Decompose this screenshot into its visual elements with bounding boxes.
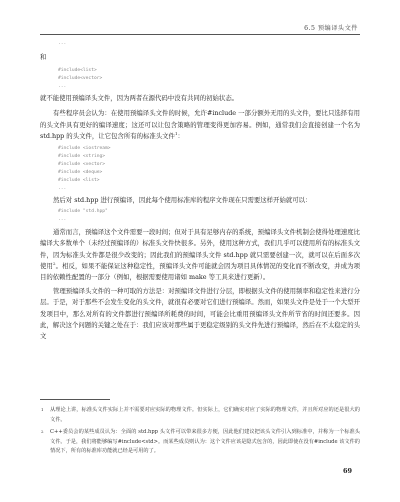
paragraph: 就不能使用预编译头文件，因为两者在源代码中没有共同的初始状态。 xyxy=(40,93,360,104)
code-line: #include <iostream> xyxy=(58,145,360,153)
footnote-number: 1 xyxy=(41,405,44,415)
code-block-std-include: #include "std.hpp" ... xyxy=(40,208,360,224)
paragraph-text: 有些程序员会认为：在使用预编译头文件的时候，允许#include 一部分额外无用… xyxy=(40,109,360,139)
code-line: #include "std.hpp" xyxy=(58,208,360,216)
footnote-number: 2 xyxy=(41,427,44,437)
running-header: 6.5 预编译头文件 xyxy=(40,22,360,35)
code-block-std-headers: #include <iostream> #include <string> #i… xyxy=(40,145,360,193)
paragraph: 然后对 std.hpp 进行预编译，因此每个使用标准库的程序文件现在只需要这样开… xyxy=(40,195,360,206)
code-line: ... xyxy=(58,216,360,224)
code-block-ellipsis: ... xyxy=(40,40,360,48)
footnote-divider xyxy=(40,399,110,400)
code-line: #include <deque> xyxy=(58,169,360,177)
code-line: #include<vector> xyxy=(58,75,360,83)
footnote: 2 C++委员会的某些成员认为：全面的 std.hpp 头文件可以带来很多方便，… xyxy=(40,428,360,457)
code-line: ... xyxy=(58,185,360,193)
paragraph: 通常而言，预编译这个文件需要一段时间；但对于具有足够内存的系统，预编译头文件机制… xyxy=(40,227,360,283)
page-body: ... 和 #include<list> #include<vector> ..… xyxy=(40,38,360,342)
code-line: #include <string> xyxy=(58,153,360,161)
paragraph: 有些程序员会认为：在使用预编译头文件的时候，允许#include 一部分额外无用… xyxy=(40,108,360,142)
footnotes: 1 从理论上讲，标准头文件实际上并不需要对应实际的物理文件。但实际上，它们确实对… xyxy=(40,406,360,460)
paragraph: 管理预编译头文件的一种可取的方法是：对预编译文件进行分层，即根据头文件的使用频率… xyxy=(40,286,360,342)
code-line: #include<list> xyxy=(58,67,360,75)
code-line: ... xyxy=(58,40,360,48)
code-block-includes: #include<list> #include<vector> ... xyxy=(40,67,360,91)
paragraph-text: ： xyxy=(178,132,184,140)
paragraph-text: 。相反，如果不能保证这种稳定性，预编译头文件可能就会因为项目具体情况的变化而不断… xyxy=(40,262,360,281)
code-line: ... xyxy=(58,83,360,91)
footnote-text: C++委员会的某些成员认为：全面的 std.hpp 头文件可以带来很多方便，因此… xyxy=(50,429,360,454)
code-line: #include <list> xyxy=(58,177,360,185)
page-number: 69 xyxy=(343,467,352,475)
connector-text: 和 xyxy=(40,52,360,63)
footnote: 1 从理论上讲，标准头文件实际上并不需要对应实际的物理文件。但实际上，它们确实对… xyxy=(40,406,360,425)
footnote-text: 从理论上讲，标准头文件实际上并不需要对应实际的物理文件。但实际上，它们确实对应了… xyxy=(50,407,360,423)
code-line: #include <vector> xyxy=(58,161,360,169)
section-title: 6.5 预编译头文件 xyxy=(304,23,358,32)
